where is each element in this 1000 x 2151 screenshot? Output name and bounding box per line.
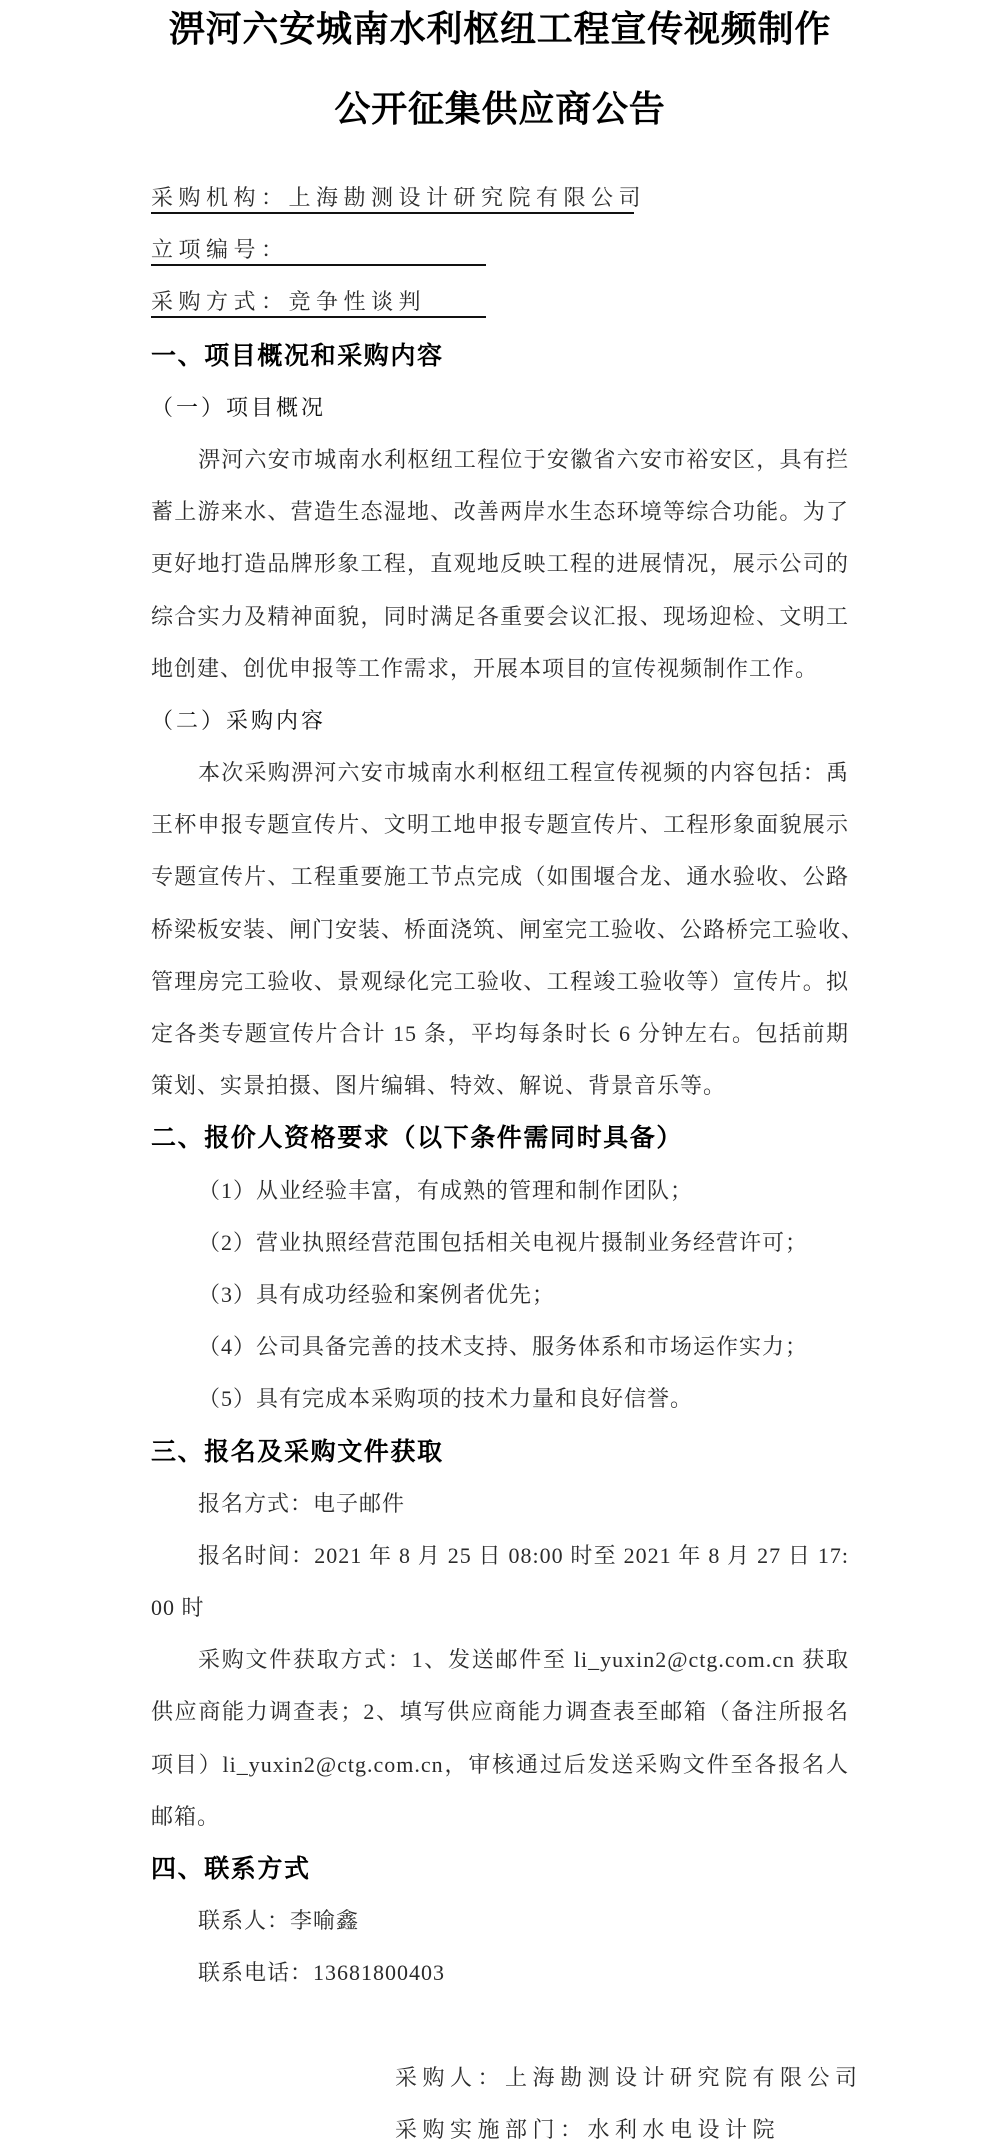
blank-spacer <box>151 2000 849 2052</box>
contact-phone-number: 13681800403 <box>313 1960 445 1985</box>
paragraph-line: 定各类专题宣传片合计 15 条，平均每条时长 6 分钟左右。包括前期 <box>151 1008 849 1060</box>
document-access-line: 供应商能力调查表；2、填写供应商能力调查表至邮箱（备注所报名 <box>151 1686 849 1738</box>
paragraph-line: 蓄上游来水、营造生态湿地、改善两岸水生态环境等综合功能。为了 <box>151 486 849 538</box>
registration-time-line: 00 时 <box>151 1582 849 1634</box>
paragraph-line: 王杯申报专题宣传片、文明工地申报专题宣传片、工程形象面貌展示 <box>151 799 849 851</box>
document-body: 采购机构：上海勘测设计研究院有限公司 立项编号： 采购方式：竞争性谈判 一、项目… <box>151 173 849 2151</box>
header-field-procurement-method: 采购方式：竞争性谈判 <box>151 277 849 329</box>
signature-purchaser: 采购人：上海勘测设计研究院有限公司 <box>151 2052 849 2104</box>
field-value: 竞争性谈判 <box>289 289 427 314</box>
section-heading-3: 三、报名及采购文件获取 <box>151 1426 849 1478</box>
subsection-heading-project-overview: （一）项目概况 <box>151 382 849 434</box>
paragraph-line: 更好地打造品牌形象工程，直观地反映工程的进展情况，展示公司的 <box>151 538 849 590</box>
paragraph-line: 管理房完工验收、景观绿化完工验收、工程竣工验收等）宣传片。拟 <box>151 956 849 1008</box>
section-heading-4: 四、联系方式 <box>151 1843 849 1895</box>
signature-department: 采购实施部门：水利水电设计院 <box>151 2104 849 2151</box>
field-label: 采购方式： <box>151 289 289 314</box>
paragraph-line: 淠河六安市城南水利枢纽工程位于安徽省六安市裕安区，具有拦 <box>151 434 849 486</box>
section-heading-1: 一、项目概况和采购内容 <box>151 330 849 382</box>
paragraph-line: 桥梁板安装、闸门安装、桥面浇筑、闸室完工验收、公路桥完工验收、 <box>151 904 849 956</box>
underlined-field: 采购机构：上海勘测设计研究院有限公司 <box>151 184 634 214</box>
registration-method: 报名方式：电子邮件 <box>151 1478 849 1530</box>
subsection-heading-procurement-content: （二）采购内容 <box>151 695 849 747</box>
registration-time-line: 报名时间：2021 年 8 月 25 日 08:00 时至 2021 年 8 月… <box>151 1530 849 1582</box>
underlined-field: 立项编号： <box>151 236 486 266</box>
header-field-project-number: 立项编号： <box>151 225 849 277</box>
qualification-item: （1）从业经验丰富，有成熟的管理和制作团队； <box>151 1165 849 1217</box>
contact-phone-label: 联系电话： <box>198 1960 313 1985</box>
field-label: 采购机构： <box>151 185 289 210</box>
contact-person: 联系人：李喻鑫 <box>151 1895 849 1947</box>
header-field-procurement-agency: 采购机构：上海勘测设计研究院有限公司 <box>151 173 849 225</box>
qualification-item: （4）公司具备完善的技术支持、服务体系和市场运作实力； <box>151 1321 849 1373</box>
underlined-field: 采购方式：竞争性谈判 <box>151 288 486 318</box>
paragraph-line: 专题宣传片、工程重要施工节点完成（如围堰合龙、通水验收、公路 <box>151 851 849 903</box>
paragraph-line: 策划、实景拍摄、图片编辑、特效、解说、背景音乐等。 <box>151 1060 849 1112</box>
document-access-line: 邮箱。 <box>151 1791 849 1843</box>
contact-person-name: 李喻鑫 <box>290 1908 359 1933</box>
contact-person-label: 联系人： <box>198 1908 290 1933</box>
document-title-line-2: 公开征集供应商公告 <box>0 89 1000 129</box>
paragraph-line: 综合实力及精神面貌，同时满足各重要会议汇报、现场迎检、文明工 <box>151 591 849 643</box>
qualification-item: （5）具有完成本采购项的技术力量和良好信誉。 <box>151 1373 849 1425</box>
paragraph-line: 本次采购淠河六安市城南水利枢纽工程宣传视频的内容包括：禹 <box>151 747 849 799</box>
announcement-page: 淠河六安城南水利枢纽工程宣传视频制作 公开征集供应商公告 采购机构：上海勘测设计… <box>0 0 1000 2151</box>
document-title-line-1: 淠河六安城南水利枢纽工程宣传视频制作 <box>0 9 1000 49</box>
document-access-line: 采购文件获取方式：1、发送邮件至 li_yuxin2@ctg.com.cn 获取 <box>151 1634 849 1686</box>
document-access-line: 项目）li_yuxin2@ctg.com.cn，审核通过后发送采购文件至各报名人 <box>151 1739 849 1791</box>
field-label: 立项编号： <box>151 237 289 262</box>
section-heading-2: 二、报价人资格要求（以下条件需同时具备） <box>151 1112 849 1164</box>
contact-phone: 联系电话：13681800403 <box>151 1947 849 1999</box>
qualification-item: （3）具有成功经验和案例者优先； <box>151 1269 849 1321</box>
field-value: 上海勘测设计研究院有限公司 <box>289 185 647 210</box>
paragraph-line: 地创建、创优申报等工作需求，开展本项目的宣传视频制作工作。 <box>151 643 849 695</box>
qualification-item: （2）营业执照经营范围包括相关电视片摄制业务经营许可； <box>151 1217 849 1269</box>
